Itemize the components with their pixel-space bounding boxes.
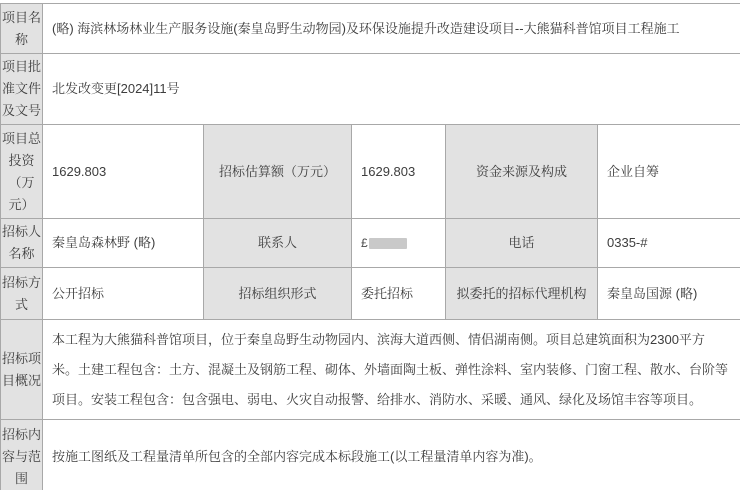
phone-label: 电话 (446, 219, 598, 268)
contact-person-value: £ (352, 219, 446, 268)
row-project-overview: 招标项 目概况 本工程为大熊猫科普馆项目，位于秦皇岛野生动物园内、滨海大道西侧、… (1, 320, 740, 420)
project-name-value: (略) 海滨林场林业生产服务设施(秦皇岛野生动物园)及环保设施提升改造建设项目-… (43, 4, 740, 54)
project-overview-label: 招标项 目概况 (1, 320, 43, 420)
bid-info-table: 项目名 称 (略) 海滨林场林业生产服务设施(秦皇岛野生动物园)及环保设施提升改… (0, 3, 740, 490)
bid-scope-value: 按施工图纸及工程量清单所包含的全部内容完成本标段施工(以工程量清单内容为准)。 (43, 420, 740, 490)
approval-doc-label: 项目批 准文件 及文号 (1, 54, 43, 125)
row-total-investment: 项目总 投资 （万 元） 1629.803 招标估算额（万元） 1629.803… (1, 125, 740, 219)
bid-method-value: 公开招标 (43, 268, 204, 320)
phone-value: 0335-# (598, 219, 740, 268)
tenderer-label: 招标人 名称 (1, 219, 43, 268)
fund-source-value: 企业自筹 (598, 125, 740, 219)
fund-source-label: 资金来源及构成 (446, 125, 598, 219)
bid-agency-value: 秦皇岛国源 (略) (598, 268, 740, 320)
bid-organization-form-label: 招标组织形式 (204, 268, 352, 320)
project-name-label: 项目名 称 (1, 4, 43, 54)
approval-doc-value: 北发改变更[2024]11号 (43, 54, 740, 125)
total-investment-label: 项目总 投资 （万 元） (1, 125, 43, 219)
row-project-name: 项目名 称 (略) 海滨林场林业生产服务设施(秦皇岛野生动物园)及环保设施提升改… (1, 4, 740, 54)
contact-partial-char: £ (361, 237, 368, 249)
row-bid-method: 招标方 式 公开招标 招标组织形式 委托招标 拟委托的招标代理机构 秦皇岛国源 … (1, 268, 740, 320)
redaction-box (369, 238, 407, 249)
contact-person-label: 联系人 (204, 219, 352, 268)
estimate-amount-label: 招标估算额（万元） (204, 125, 352, 219)
row-tenderer: 招标人 名称 秦皇岛森林野 (略) 联系人 £ 电话 0335-# (1, 219, 740, 268)
bid-announcement-page: 项目名 称 (略) 海滨林场林业生产服务设施(秦皇岛野生动物园)及环保设施提升改… (0, 0, 740, 490)
estimate-amount-value: 1629.803 (352, 125, 446, 219)
bid-method-label: 招标方 式 (1, 268, 43, 320)
bid-scope-label: 招标内 容与范 围 (1, 420, 43, 490)
total-investment-value: 1629.803 (43, 125, 204, 219)
bid-organization-form-value: 委托招标 (352, 268, 446, 320)
contact-redacted: £ (361, 237, 435, 249)
row-approval-doc: 项目批 准文件 及文号 北发改变更[2024]11号 (1, 54, 740, 125)
bid-agency-label: 拟委托的招标代理机构 (446, 268, 598, 320)
project-overview-value: 本工程为大熊猫科普馆项目，位于秦皇岛野生动物园内、滨海大道西侧、情侣湖南侧。项目… (43, 320, 740, 420)
tenderer-value: 秦皇岛森林野 (略) (43, 219, 204, 268)
row-bid-scope: 招标内 容与范 围 按施工图纸及工程量清单所包含的全部内容完成本标段施工(以工程… (1, 420, 740, 490)
